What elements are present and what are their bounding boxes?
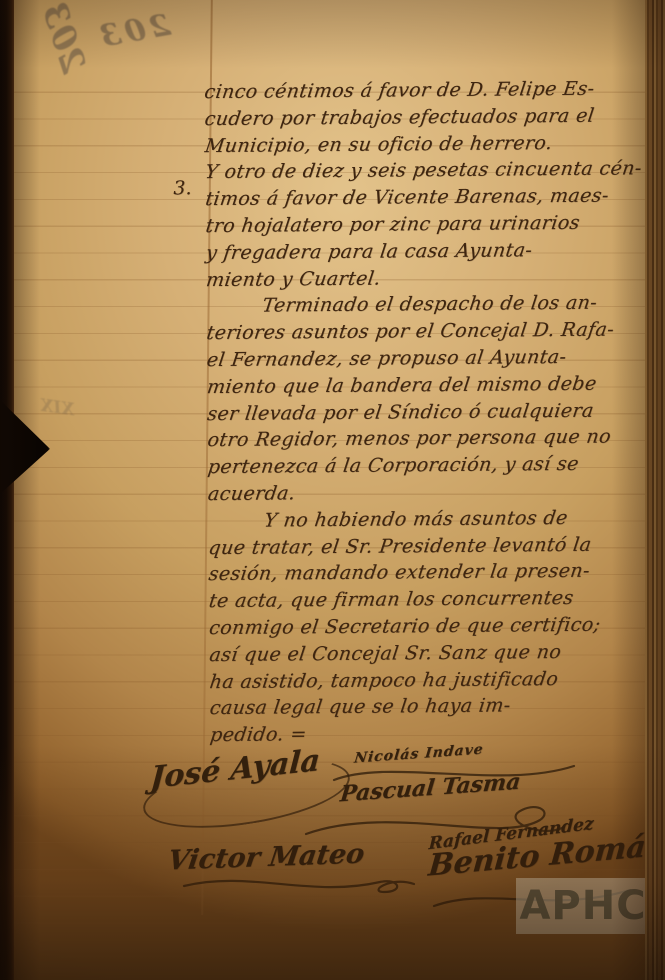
manuscript-line: y fregadera para la casa Ayunta- — [206, 236, 655, 267]
manuscript-line: ha asistido, tampoco ha justificado — [210, 665, 655, 696]
manuscript-line: Y no habiendo más asuntos de — [208, 503, 655, 534]
page-stack-edge — [645, 0, 665, 980]
manuscript-line: Terminado el despacho de los an- — [206, 289, 655, 320]
list-item-number: 3. — [173, 177, 191, 199]
manuscript-line: sesión, mandando extender la presen- — [209, 557, 655, 588]
manuscript-line: el Fernandez, se propuso al Ayunta- — [207, 343, 655, 374]
manuscript-line: acuerda. — [208, 477, 655, 508]
manuscript-line: otro Regidor, menos por persona que no — [207, 424, 655, 455]
manuscript-line: cinco céntimos á favor de D. Felipe Es- — [204, 75, 655, 106]
manuscript-line: causa legal que se lo haya im- — [210, 691, 655, 722]
document-photo: 203 203 XIX 3. cinco céntimos á favor de… — [0, 0, 665, 980]
archive-watermark: APHC — [516, 878, 650, 934]
manuscript-line: cudero por trabajos efectuados para el — [205, 102, 655, 133]
manuscript-line: miento que la bandera del mismo debe — [207, 370, 655, 401]
manuscript-line: tro hojalatero por zinc para urinarios — [206, 209, 655, 240]
manuscript-line: conmigo el Secretario de que certifico; — [209, 611, 655, 642]
manuscript-line: así que el Concejal Sr. Sanz que no — [209, 638, 655, 669]
manuscript-line: timos á favor de Vicente Barenas, maes- — [205, 182, 655, 213]
manuscript-line: te acta, que firman los concurrentes — [209, 584, 655, 615]
manuscript-page: 203 203 XIX 3. cinco céntimos á favor de… — [10, 0, 655, 980]
manuscript-line: teriores asuntos por el Concejal D. Rafa… — [207, 316, 655, 347]
manuscript-line: pertenezca á la Corporación, y así se — [208, 450, 655, 481]
